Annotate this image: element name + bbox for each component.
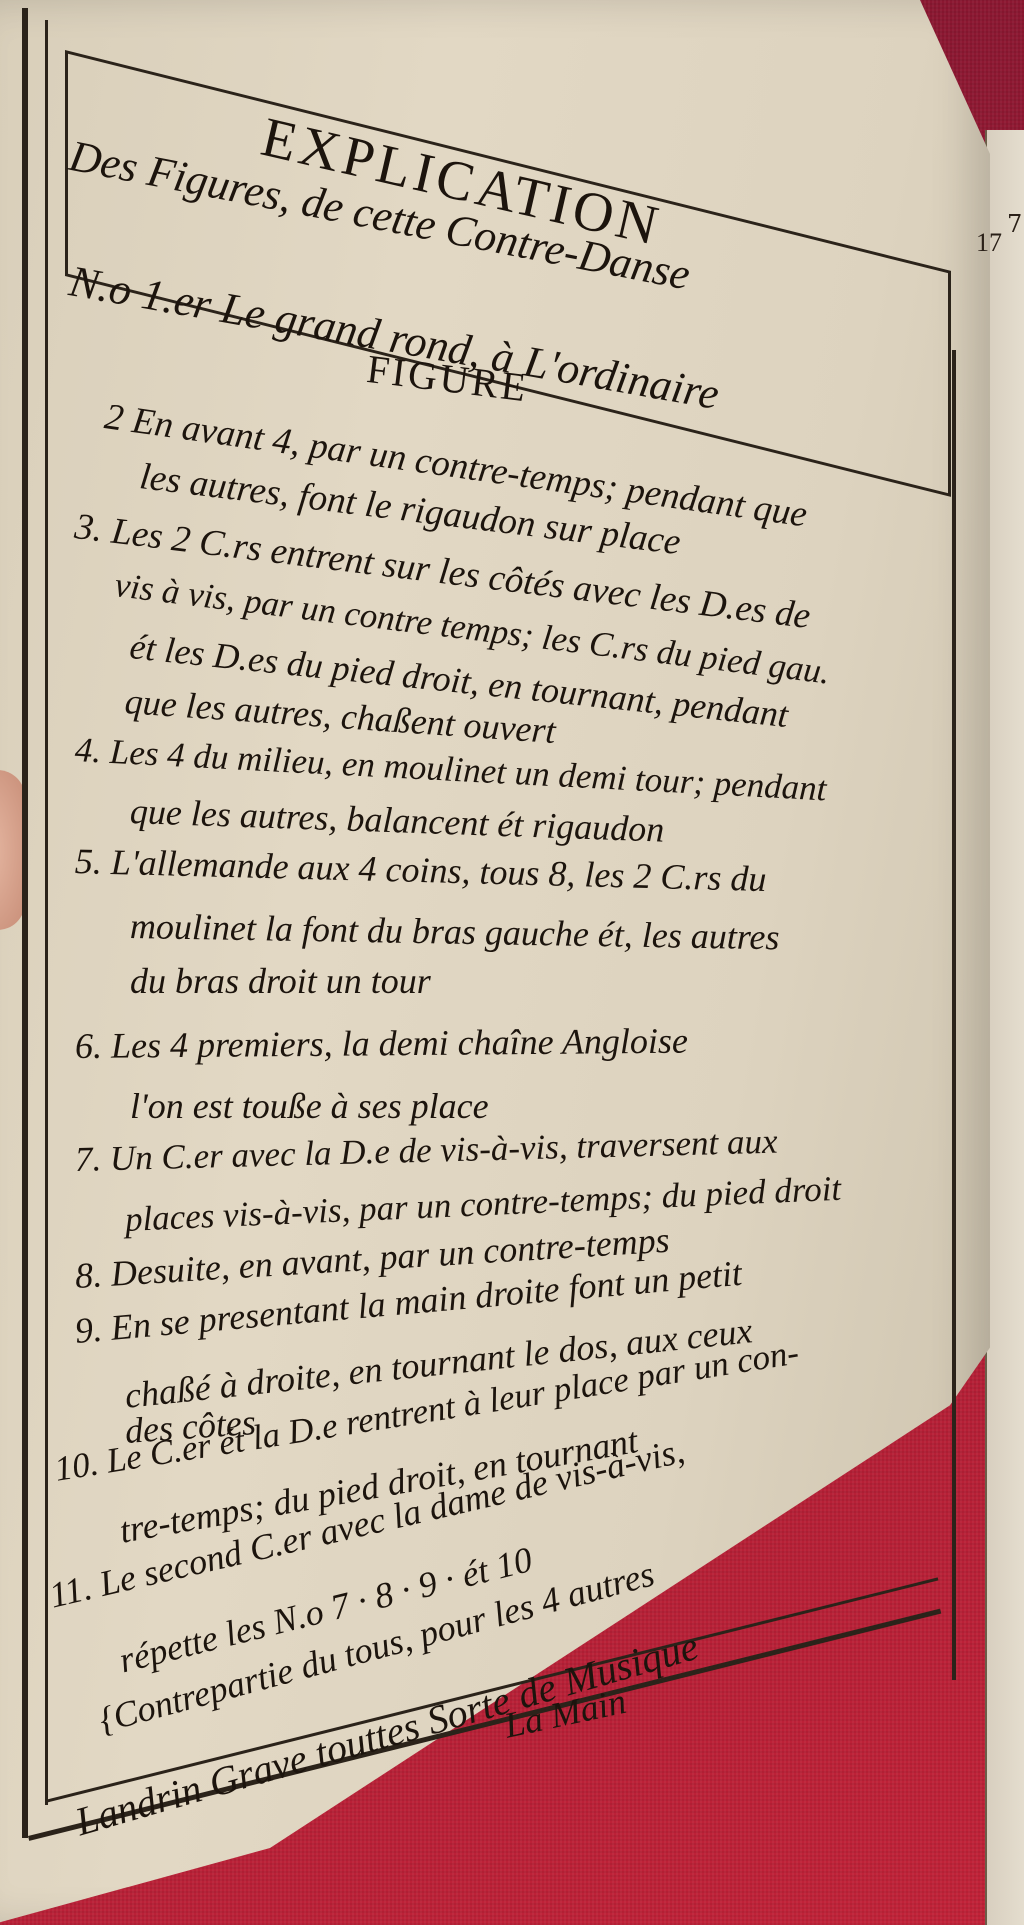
next-page-edge: 7 — [985, 130, 1024, 1925]
next-page-number: 7 — [1007, 210, 1022, 238]
border-right — [952, 350, 956, 1680]
page-number: 17 — [976, 228, 1002, 258]
figure-line: 6. Les 4 premiers, la demi chaîne Angloi… — [75, 1020, 688, 1067]
figure-line: du bras droit un tour — [130, 960, 431, 1002]
figure-line: l'on est touße à ses place — [130, 1085, 489, 1127]
inner-border-left — [45, 20, 48, 1805]
outer-border-left — [22, 8, 28, 1838]
